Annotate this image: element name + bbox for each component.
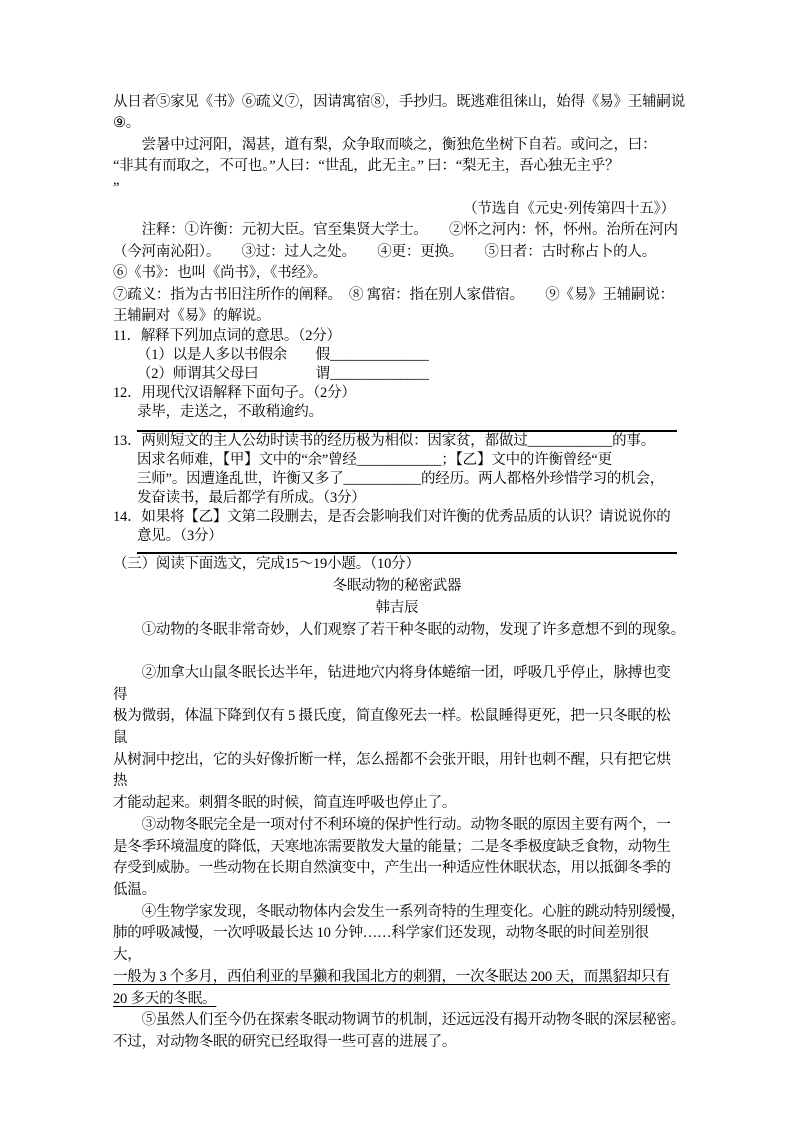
paragraph-2-line: 得: [113, 685, 681, 707]
reading-title: 冬眠动物的秘密武器: [113, 576, 681, 598]
paragraph-2-line: ②加拿大山鼠冬眠长达半年，钻进地穴内将身体蜷缩一团，呼吸几乎停止，脉搏也变: [113, 663, 681, 685]
question-13-line: 三师”。因遭逢乱世，许衡又多了___________的经历。两人都格外珍惜学习的…: [113, 470, 681, 489]
exam-page: 从日者⑤家见《书》⑥疏义⑦，因请寓宿⑧，手抄归。既逃难徂徕山，始得《易》王辅嗣说…: [113, 92, 681, 1054]
paragraph-4-line: 大，: [113, 945, 681, 967]
paragraph-2-line: 才能动起来。刺猬冬眠的时候，简直连呼吸也停止了。: [113, 793, 681, 815]
annotation-line: ⑦疏义：指为古书旧注所作的阐释。 ⑧ 寓宿：指在别人家借宿。 ⑨《易》王辅嗣说：: [113, 285, 681, 306]
question-11-item-2: （2）师谓其父母曰 谓______________: [113, 365, 681, 384]
question-11-prompt: 11．解释下列加点词的意思。（2分）: [113, 327, 681, 346]
passage-line: 从日者⑤家见《书》⑥疏义⑦，因请寓宿⑧，手抄归。既逃难徂徕山，始得《易》王辅嗣说: [113, 92, 681, 113]
paragraph-2-line: 从树洞中挖出，它的头好像折断一样，怎么摇都不会张开眼，用针也刺不醒，只有把它烘: [113, 750, 681, 772]
question-12-sentence: 录毕，走送之，不敢稍逾约。: [113, 403, 681, 422]
annotation-line: ⑥《书》：也叫《尚书》，《书经》。: [113, 263, 681, 284]
question-13-line: 发奋读书，最后都学有所成。（3分）: [113, 489, 681, 508]
paragraph-2-line: 热: [113, 771, 681, 793]
paragraph-3-line: 是冬季环境温度的降低，天寒地冻需要散发大量的能量；二是冬季极度缺乏食物，动物生: [113, 837, 681, 859]
question-13-line: 因求名师难，【甲】文中的“余”曾经____________；【乙】文中的许衡曾经…: [113, 451, 681, 470]
passage-line: 尝暑中过河阳，渴甚，道有梨，众争取而啖之，衡独危坐树下自若。或问之，曰：: [113, 135, 681, 156]
paragraph-3-line: 低温。: [113, 880, 681, 902]
classical-passage-section: 从日者⑤家见《书》⑥疏义⑦，因请寓宿⑧，手抄归。既逃难徂徕山，始得《易》王辅嗣说…: [113, 92, 681, 327]
paragraph-3-line: ③动物冬眠完全是一项对付不利环境的保护性行动。动物冬眠的原因主要有两个，一: [113, 815, 681, 837]
reading-section-heading: （三）阅读下面选文，完成15～19小题。（10分）: [113, 554, 681, 576]
passage-line: ⑨。: [113, 113, 681, 134]
question-14-line: 意见。（3分）: [113, 527, 681, 546]
passage-source: （节选自《元史·列传第四十五》）: [113, 199, 681, 220]
paragraph-2-line: 鼠: [113, 728, 681, 750]
paragraph-4-line: ④生物学家发现，冬眠动物体内会发生一系列奇特的生理变化。心脏的跳动特别缓慢，: [113, 902, 681, 924]
passage-line: “非其有而取之，不可也。”人曰：“世乱，此无主。” 曰：“梨无主，吾心独无主乎？: [113, 156, 681, 177]
annotation-line: （今河南沁阳）。 ③过：过人之处。 ④更：更换。 ⑤日者：古时称占卜的人。: [113, 242, 681, 263]
paragraph-4-underlined-line: 一般为 3 个多月，西伯利亚的旱獭和我国北方的刺猬，一次冬眠达 200 天，而黑…: [113, 967, 681, 989]
questions-section: 11．解释下列加点词的意思。（2分） （1）以是人多以书假余 假________…: [113, 327, 681, 554]
question-13-line: 13．两则短文的主人公幼时读书的经历极为相似：因家贫，都做过__________…: [113, 432, 681, 451]
annotation-line: 王辅嗣对《易》的解说。: [113, 306, 681, 327]
annotation-line: 注释：①许衡：元初大臣。官至集贤大学士。 ②怀之河内：怀，怀州。治所在河内: [113, 220, 681, 241]
question-11-item-1: （1）以是人多以书假余 假______________: [113, 346, 681, 365]
paragraph-1-line: ①动物的冬眠非常奇妙，人们观察了若干种冬眠的动物，发现了许多意想不到的现象。: [113, 620, 681, 642]
paragraph-2-line: 极为微弱，体温下降到仅有 5 摄氏度，简直像死去一样。松鼠睡得更死，把一只冬眠的…: [113, 706, 681, 728]
reading-section: （三）阅读下面选文，完成15～19小题。（10分） 冬眠动物的秘密武器 韩吉辰 …: [113, 554, 681, 1053]
question-12-prompt: 12．用现代汉语解释下面句子。（2分）: [113, 384, 681, 403]
passage-line: ”: [113, 178, 681, 199]
reading-author: 韩吉辰: [113, 598, 681, 620]
paragraph-5-line: ⑤虽然人们至今仍在探索冬眠动物调节的机制，还远远没有揭开动物冬眠的深层秘密。: [113, 1010, 681, 1032]
paragraph-4-line: 肺的呼吸减慢，一次呼吸最长达 10 分钟……科学家们还发现，动物冬眠的时间差别很: [113, 923, 681, 945]
question-14-line: 14．如果将【乙】文第二段删去，是否会影响我们对许衡的优秀品质的认识？请说说你的: [113, 508, 681, 527]
paragraph-4-underlined-line: 20 多天的冬眠。: [113, 989, 681, 1011]
paragraph-3-line: 存受到威胁。一些动物在长期自然演变中，产生出一种适应性休眠状态，用以抵御冬季的: [113, 858, 681, 880]
paragraph-5-line: 不过，对动物冬眠的研究已经取得一些可喜的进展了。: [113, 1032, 681, 1054]
